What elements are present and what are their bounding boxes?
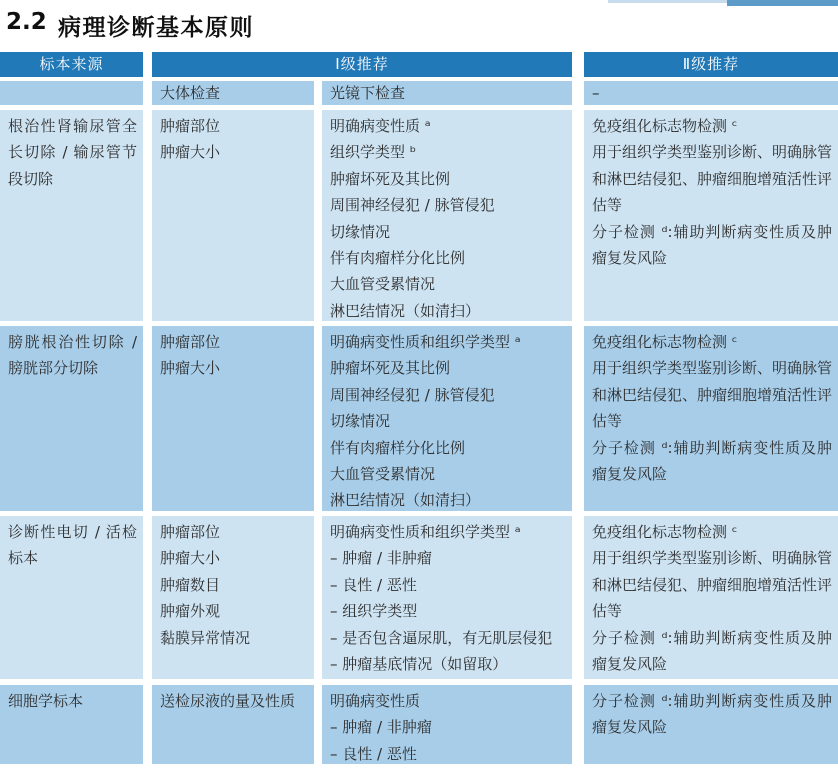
cell-line: 分子检测 ᵈ:辅助判断病变性质及肿瘤复发风险 bbox=[592, 435, 832, 488]
cell-line: 伴有肉瘤样分化比例 bbox=[330, 245, 566, 271]
cell-line: 肿瘤外观 bbox=[160, 598, 308, 624]
table-row: 根治性肾输尿管全长切除 / 输尿管节段切除 肿瘤部位肿瘤大小 明确病变性质 ᵃ组… bbox=[0, 110, 838, 321]
subheader-level2-dash: – bbox=[584, 81, 838, 105]
cell-line: 周围神经侵犯 / 脉管侵犯 bbox=[330, 192, 566, 218]
table-row: 诊断性电切 / 活检标本 肿瘤部位肿瘤大小肿瘤数目肿瘤外观黏膜异常情况 明确病变… bbox=[0, 516, 838, 679]
cell-line: – 肿瘤 / 非肿瘤 bbox=[330, 545, 566, 571]
cell-specimen: 根治性肾输尿管全长切除 / 输尿管节段切除 bbox=[0, 110, 143, 321]
cell-line: 切缘情况 bbox=[330, 408, 566, 434]
page-title: 病理诊断基本原则 bbox=[58, 9, 254, 42]
cell-line: 肿瘤部位 bbox=[160, 113, 308, 139]
cell-line: 免疫组化标志物检测 ᶜ bbox=[592, 113, 832, 139]
cell-line: – 组织学类型 bbox=[330, 598, 566, 624]
header-level2-recommendation: Ⅱ级推荐 bbox=[584, 52, 838, 77]
table-subheader-row: 大体检查 光镜下检查 – bbox=[0, 81, 838, 105]
section-number: 2.2 bbox=[6, 9, 58, 35]
cell-line: – 肿瘤 / 非肿瘤 bbox=[330, 714, 566, 740]
cell-line: 大血管受累情况 bbox=[330, 461, 566, 487]
cell-line: 淋巴结情况（如清扫） bbox=[330, 298, 566, 321]
section-heading: 2.2 病理诊断基本原则 bbox=[0, 0, 838, 52]
cell-line: 肿瘤部位 bbox=[160, 329, 308, 355]
cell-line: 送检尿液的量及性质 bbox=[160, 688, 308, 714]
scan-artifact-strip-light bbox=[608, 0, 727, 3]
cell-line: 淋巴结情况（如清扫） bbox=[330, 487, 566, 511]
cell-line: 伴有肉瘤样分化比例 bbox=[330, 435, 566, 461]
cell-level2-recommendation: 免疫组化标志物检测 ᶜ用于组织学类型鉴别诊断、明确脉管和淋巴结侵犯、肿瘤细胞增殖… bbox=[584, 110, 838, 321]
cell-line: 周围神经侵犯 / 脉管侵犯 bbox=[330, 382, 566, 408]
cell-line: – 是否包含逼尿肌，有无肌层侵犯 bbox=[330, 625, 566, 651]
cell-micro-exam: 明确病变性质– 肿瘤 / 非肿瘤– 良性 / 恶性 bbox=[322, 685, 572, 764]
cell-gross-exam: 肿瘤部位肿瘤大小 bbox=[152, 326, 314, 511]
scan-artifact-strip-dark bbox=[727, 0, 838, 6]
cell-specimen: 诊断性电切 / 活检标本 bbox=[0, 516, 143, 679]
cell-line: 肿瘤部位 bbox=[160, 519, 308, 545]
cell-line: – 良性 / 恶性 bbox=[330, 741, 566, 764]
cell-line: 免疫组化标志物检测 ᶜ bbox=[592, 329, 832, 355]
cell-line: 肿瘤大小 bbox=[160, 355, 308, 381]
cell-line: 大血管受累情况 bbox=[330, 271, 566, 297]
cell-line: 肿瘤大小 bbox=[160, 545, 308, 571]
cell-level2-recommendation: 分子检测 ᵈ:辅助判断病变性质及肿瘤复发风险 bbox=[584, 685, 838, 764]
document-page: 2.2 病理诊断基本原则 标本来源 Ⅰ级推荐 Ⅱ级推荐 大体检查 光镜下检查 –… bbox=[0, 0, 838, 768]
cell-line: 组织学类型 ᵇ bbox=[330, 139, 566, 165]
cell-level2-recommendation: 免疫组化标志物检测 ᶜ用于组织学类型鉴别诊断、明确脉管和淋巴结侵犯、肿瘤细胞增殖… bbox=[584, 516, 838, 679]
cell-line: 切缘情况 bbox=[330, 219, 566, 245]
cell-line: 肿瘤坏死及其比例 bbox=[330, 166, 566, 192]
cell-line: 用于组织学类型鉴别诊断、明确脉管和淋巴结侵犯、肿瘤细胞增殖活性评估等 bbox=[592, 139, 832, 218]
cell-line: – 肿瘤基底情况（如留取） bbox=[330, 651, 566, 677]
table-row: 膀胱根治性切除 / 膀胱部分切除 肿瘤部位肿瘤大小 明确病变性质和组织学类型 ᵃ… bbox=[0, 326, 838, 511]
cell-specimen: 细胞学标本 bbox=[0, 685, 143, 764]
cell-line: 明确病变性质和组织学类型 ᵃ bbox=[330, 329, 566, 355]
header-specimen-source: 标本来源 bbox=[0, 52, 143, 77]
cell-line: 分子检测 ᵈ:辅助判断病变性质及肿瘤复发风险 bbox=[592, 219, 832, 272]
cell-line: 明确病变性质 ᵃ bbox=[330, 113, 566, 139]
cell-gross-exam: 肿瘤部位肿瘤大小肿瘤数目肿瘤外观黏膜异常情况 bbox=[152, 516, 314, 679]
cell-micro-exam: 明确病变性质和组织学类型 ᵃ– 肿瘤 / 非肿瘤– 良性 / 恶性– 组织学类型… bbox=[322, 516, 572, 679]
cell-line: 明确病变性质 bbox=[330, 688, 566, 714]
subheader-empty bbox=[0, 81, 143, 105]
cell-line: 分子检测 ᵈ:辅助判断病变性质及肿瘤复发风险 bbox=[592, 688, 832, 741]
cell-level2-recommendation: 免疫组化标志物检测 ᶜ用于组织学类型鉴别诊断、明确脉管和淋巴结侵犯、肿瘤细胞增殖… bbox=[584, 326, 838, 511]
cell-micro-exam: 明确病变性质 ᵃ组织学类型 ᵇ肿瘤坏死及其比例周围神经侵犯 / 脉管侵犯切缘情况… bbox=[322, 110, 572, 321]
cell-line: 黏膜异常情况 bbox=[160, 625, 308, 651]
cell-line: 明确病变性质和组织学类型 ᵃ bbox=[330, 519, 566, 545]
cell-line: 肿瘤大小 bbox=[160, 139, 308, 165]
cell-line: 用于组织学类型鉴别诊断、明确脉管和淋巴结侵犯、肿瘤细胞增殖活性评估等 bbox=[592, 545, 832, 624]
cell-line: 肿瘤坏死及其比例 bbox=[330, 355, 566, 381]
table-header-row: 标本来源 Ⅰ级推荐 Ⅱ级推荐 bbox=[0, 52, 838, 77]
table-row: 细胞学标本 送检尿液的量及性质 明确病变性质– 肿瘤 / 非肿瘤– 良性 / 恶… bbox=[0, 685, 838, 764]
cell-specimen: 膀胱根治性切除 / 膀胱部分切除 bbox=[0, 326, 143, 511]
cell-line: 用于组织学类型鉴别诊断、明确脉管和淋巴结侵犯、肿瘤细胞增殖活性评估等 bbox=[592, 355, 832, 434]
cell-gross-exam: 肿瘤部位肿瘤大小 bbox=[152, 110, 314, 321]
cell-gross-exam: 送检尿液的量及性质 bbox=[152, 685, 314, 764]
cell-line: – 良性 / 恶性 bbox=[330, 572, 566, 598]
subheader-micro-exam: 光镜下检查 bbox=[322, 81, 572, 105]
header-level1-recommendation: Ⅰ级推荐 bbox=[152, 52, 572, 77]
cell-line: 肿瘤数目 bbox=[160, 572, 308, 598]
cell-line: 分子检测 ᵈ:辅助判断病变性质及肿瘤复发风险 bbox=[592, 625, 832, 678]
cell-micro-exam: 明确病变性质和组织学类型 ᵃ肿瘤坏死及其比例周围神经侵犯 / 脉管侵犯切缘情况伴… bbox=[322, 326, 572, 511]
cell-line: 免疫组化标志物检测 ᶜ bbox=[592, 519, 832, 545]
subheader-gross-exam: 大体检查 bbox=[152, 81, 314, 105]
